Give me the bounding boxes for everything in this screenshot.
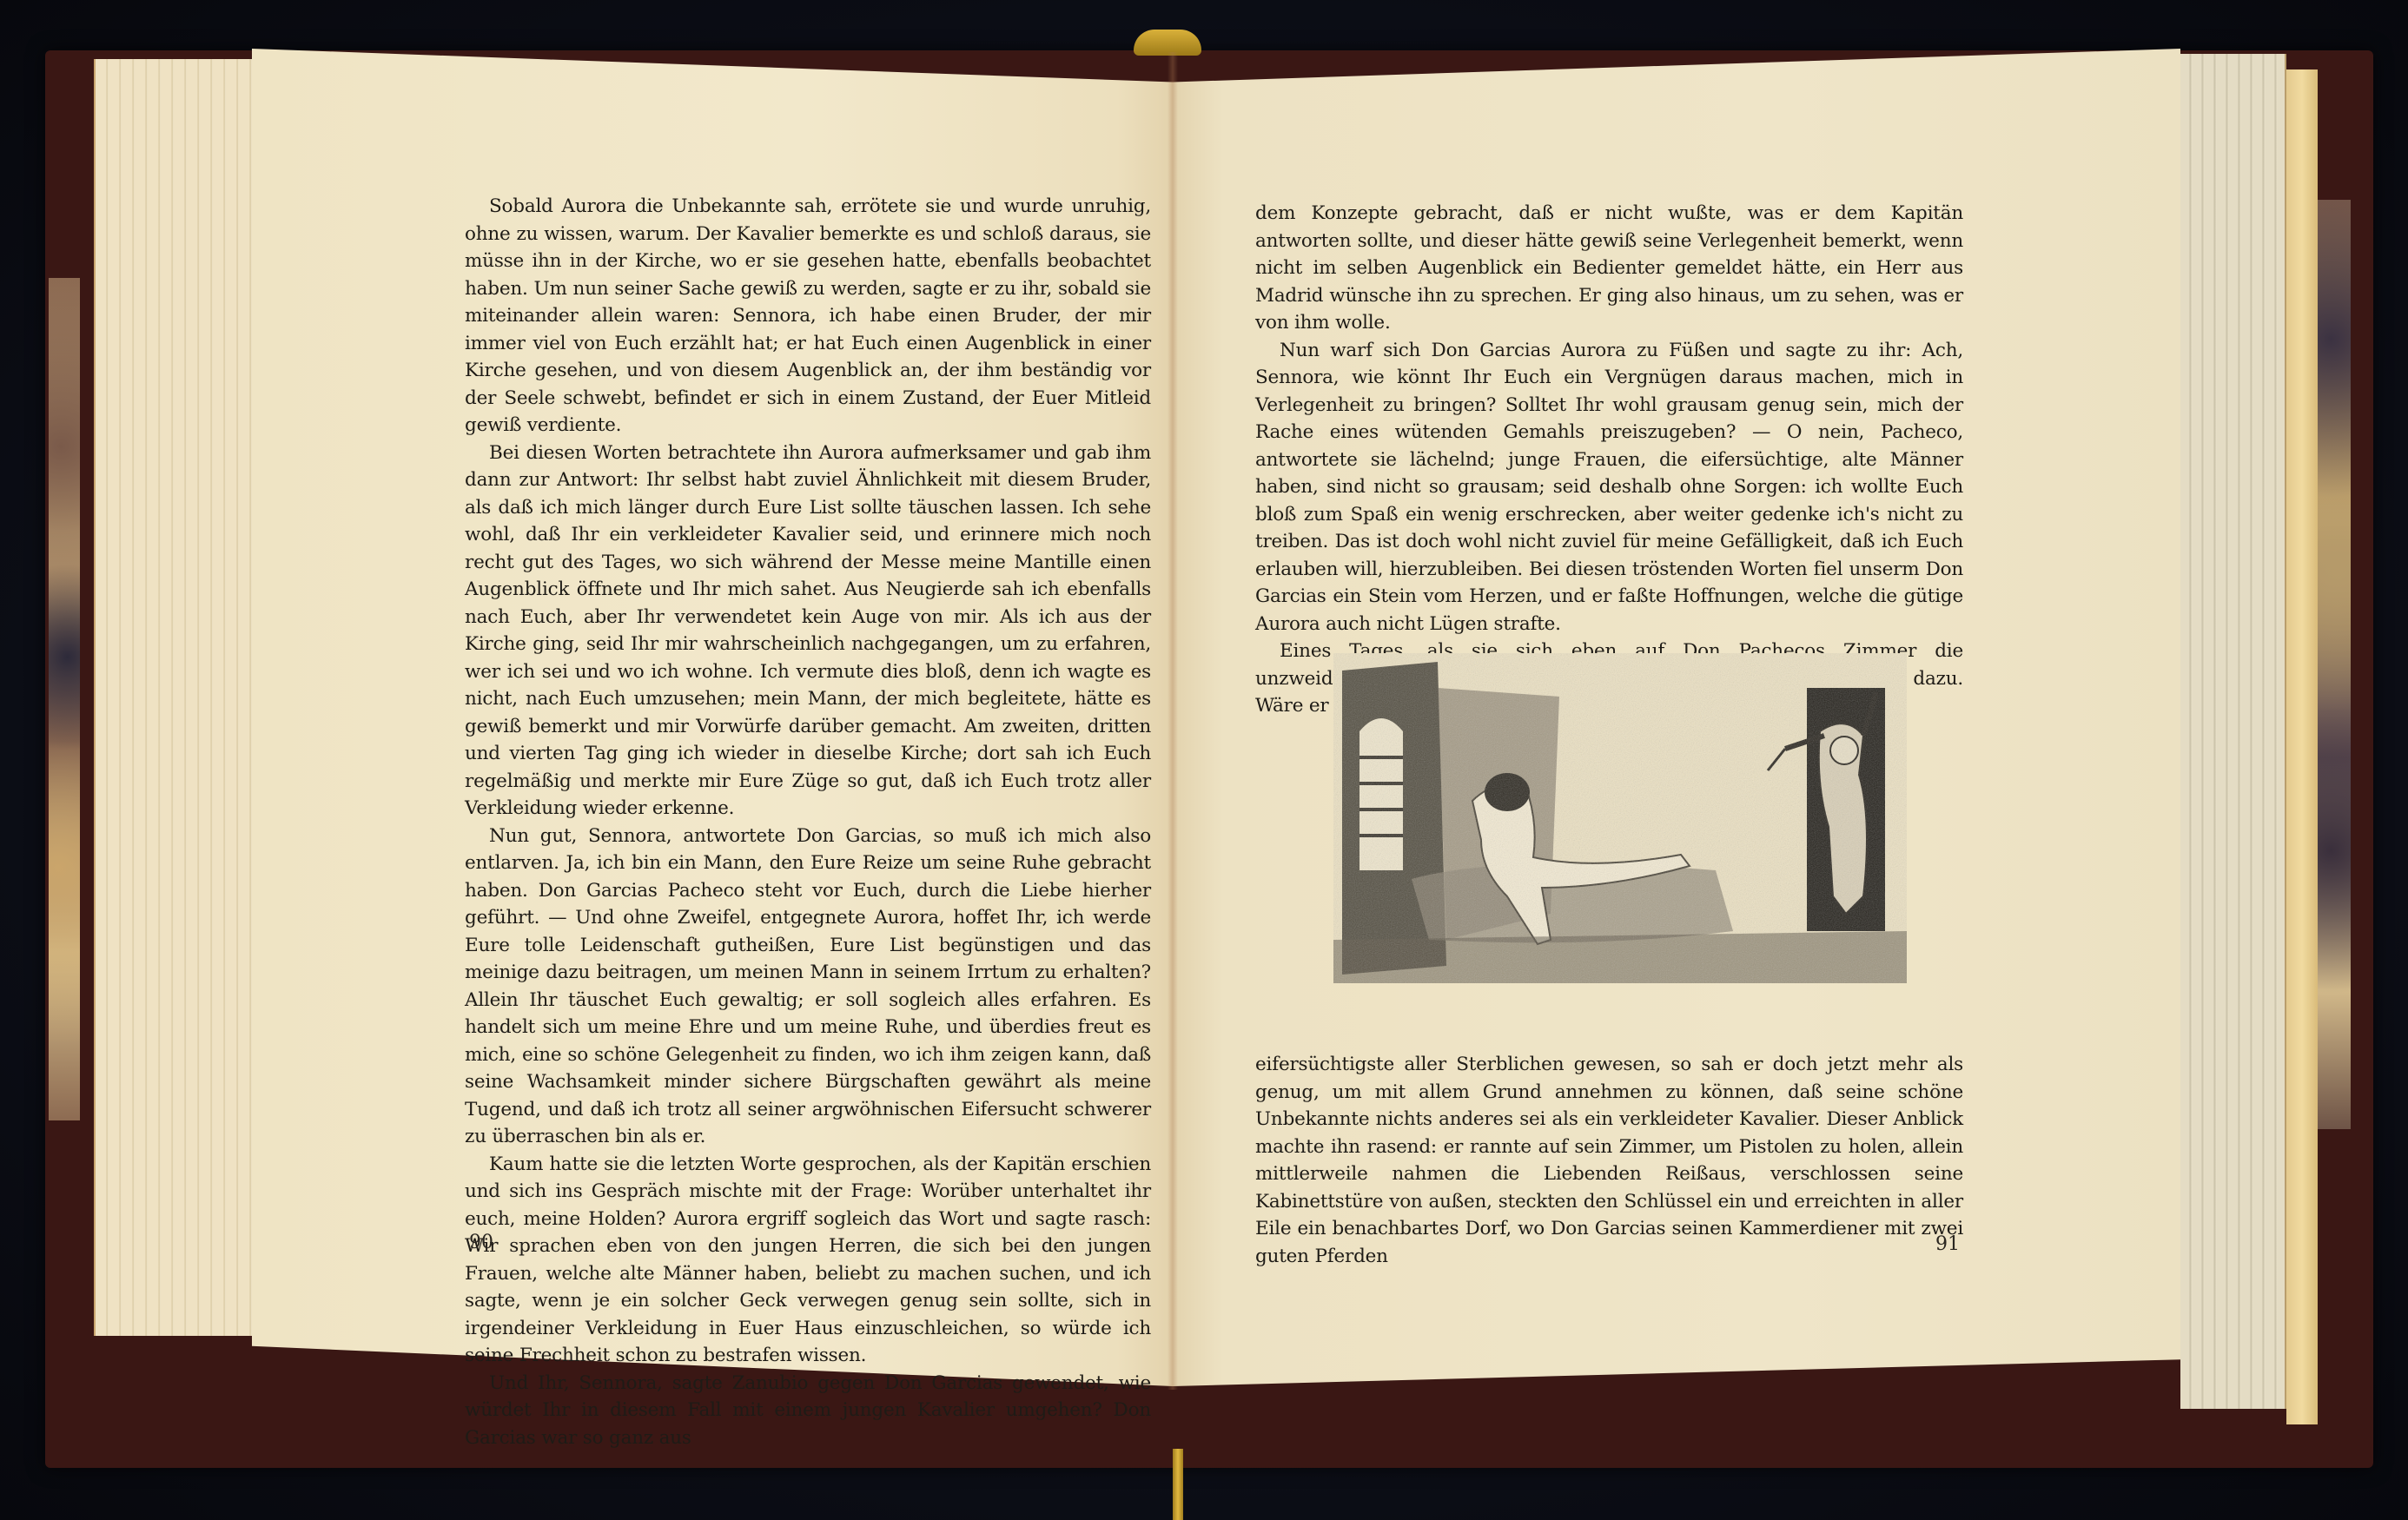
paragraph: Nun warf sich Don Garcias Aurora zu Füße… [1255,337,1963,638]
paragraph: dem Konzepte gebracht, daß er nicht wußt… [1255,200,1963,337]
paragraph: Bei diesen Worten betrachtete ihn Aurora… [465,439,1151,823]
paragraph: Kaum hatte sie die letzten Worte gesproc… [465,1151,1151,1370]
lithograph-illustration [1333,653,1907,983]
paragraph: eifersüchtigste aller Sterblichen gewese… [1255,1051,1963,1270]
left-page-text: Sobald Aurora die Unbekannte sah, erröte… [465,193,1151,1451]
right-page-text-top: dem Konzepte gebracht, daß er nicht wußt… [1255,200,1963,720]
paragraph: Sobald Aurora die Unbekannte sah, erröte… [465,193,1151,439]
page-stack-right [2180,54,2286,1409]
book-gutter [1168,52,1178,1390]
right-page-text-bottom: eifersüchtigste aller Sterblichen gewese… [1255,1051,1963,1270]
marbled-endpaper-right [2318,200,2351,1129]
bookmark-ribbon-bottom [1173,1449,1183,1520]
paragraph: Und Ihr, Sennora, sagte Zanubio gegen Do… [465,1370,1151,1452]
marbled-endpaper-left [49,278,80,1120]
page-number-left: 90 [469,1232,493,1253]
page-number-right: 91 [1935,1233,1960,1255]
page-stack-left [94,59,261,1336]
paragraph: Nun gut, Sennora, antwortete Don Garcias… [465,823,1151,1151]
endpaper-right [2286,69,2318,1424]
